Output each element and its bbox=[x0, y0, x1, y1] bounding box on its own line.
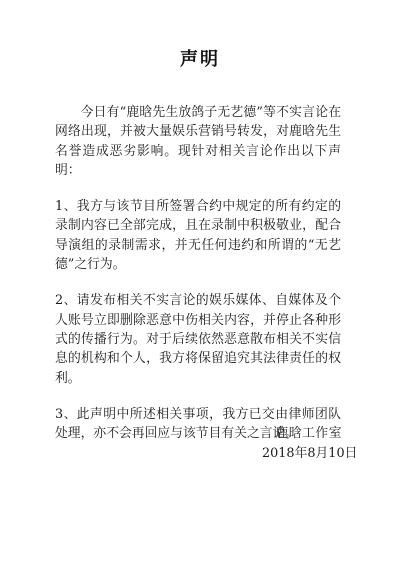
document-body: 今日有“鹿晗先生放鸽子无艺德”等不实言论在网络出现，并被大量娱乐营销号转发，对鹿… bbox=[55, 103, 341, 460]
clause-1-paragraph: 1、我方与该节目所签署合约中规定的所有约定的录制内容已全部完成，且在录制中积极敬… bbox=[55, 197, 341, 274]
clause-2-paragraph: 2、请发布相关不实言论的娱乐媒体、自媒体及个人账号立即删除恶意中伤相关内容，并停… bbox=[55, 291, 341, 387]
signature-date: 2018年8月10日 bbox=[262, 444, 348, 464]
intro-paragraph: 今日有“鹿晗先生放鸽子无艺德”等不实言论在网络出现，并被大量娱乐营销号转发，对鹿… bbox=[55, 103, 341, 180]
signature-name: 鹿晗工作室 bbox=[262, 424, 348, 444]
signature-block: 鹿晗工作室 2018年8月10日 bbox=[262, 424, 348, 464]
statement-page: 声明 今日有“鹿晗先生放鸽子无艺德”等不实言论在网络出现，并被大量娱乐营销号转发… bbox=[0, 0, 400, 579]
document-title: 声明 bbox=[0, 49, 400, 71]
